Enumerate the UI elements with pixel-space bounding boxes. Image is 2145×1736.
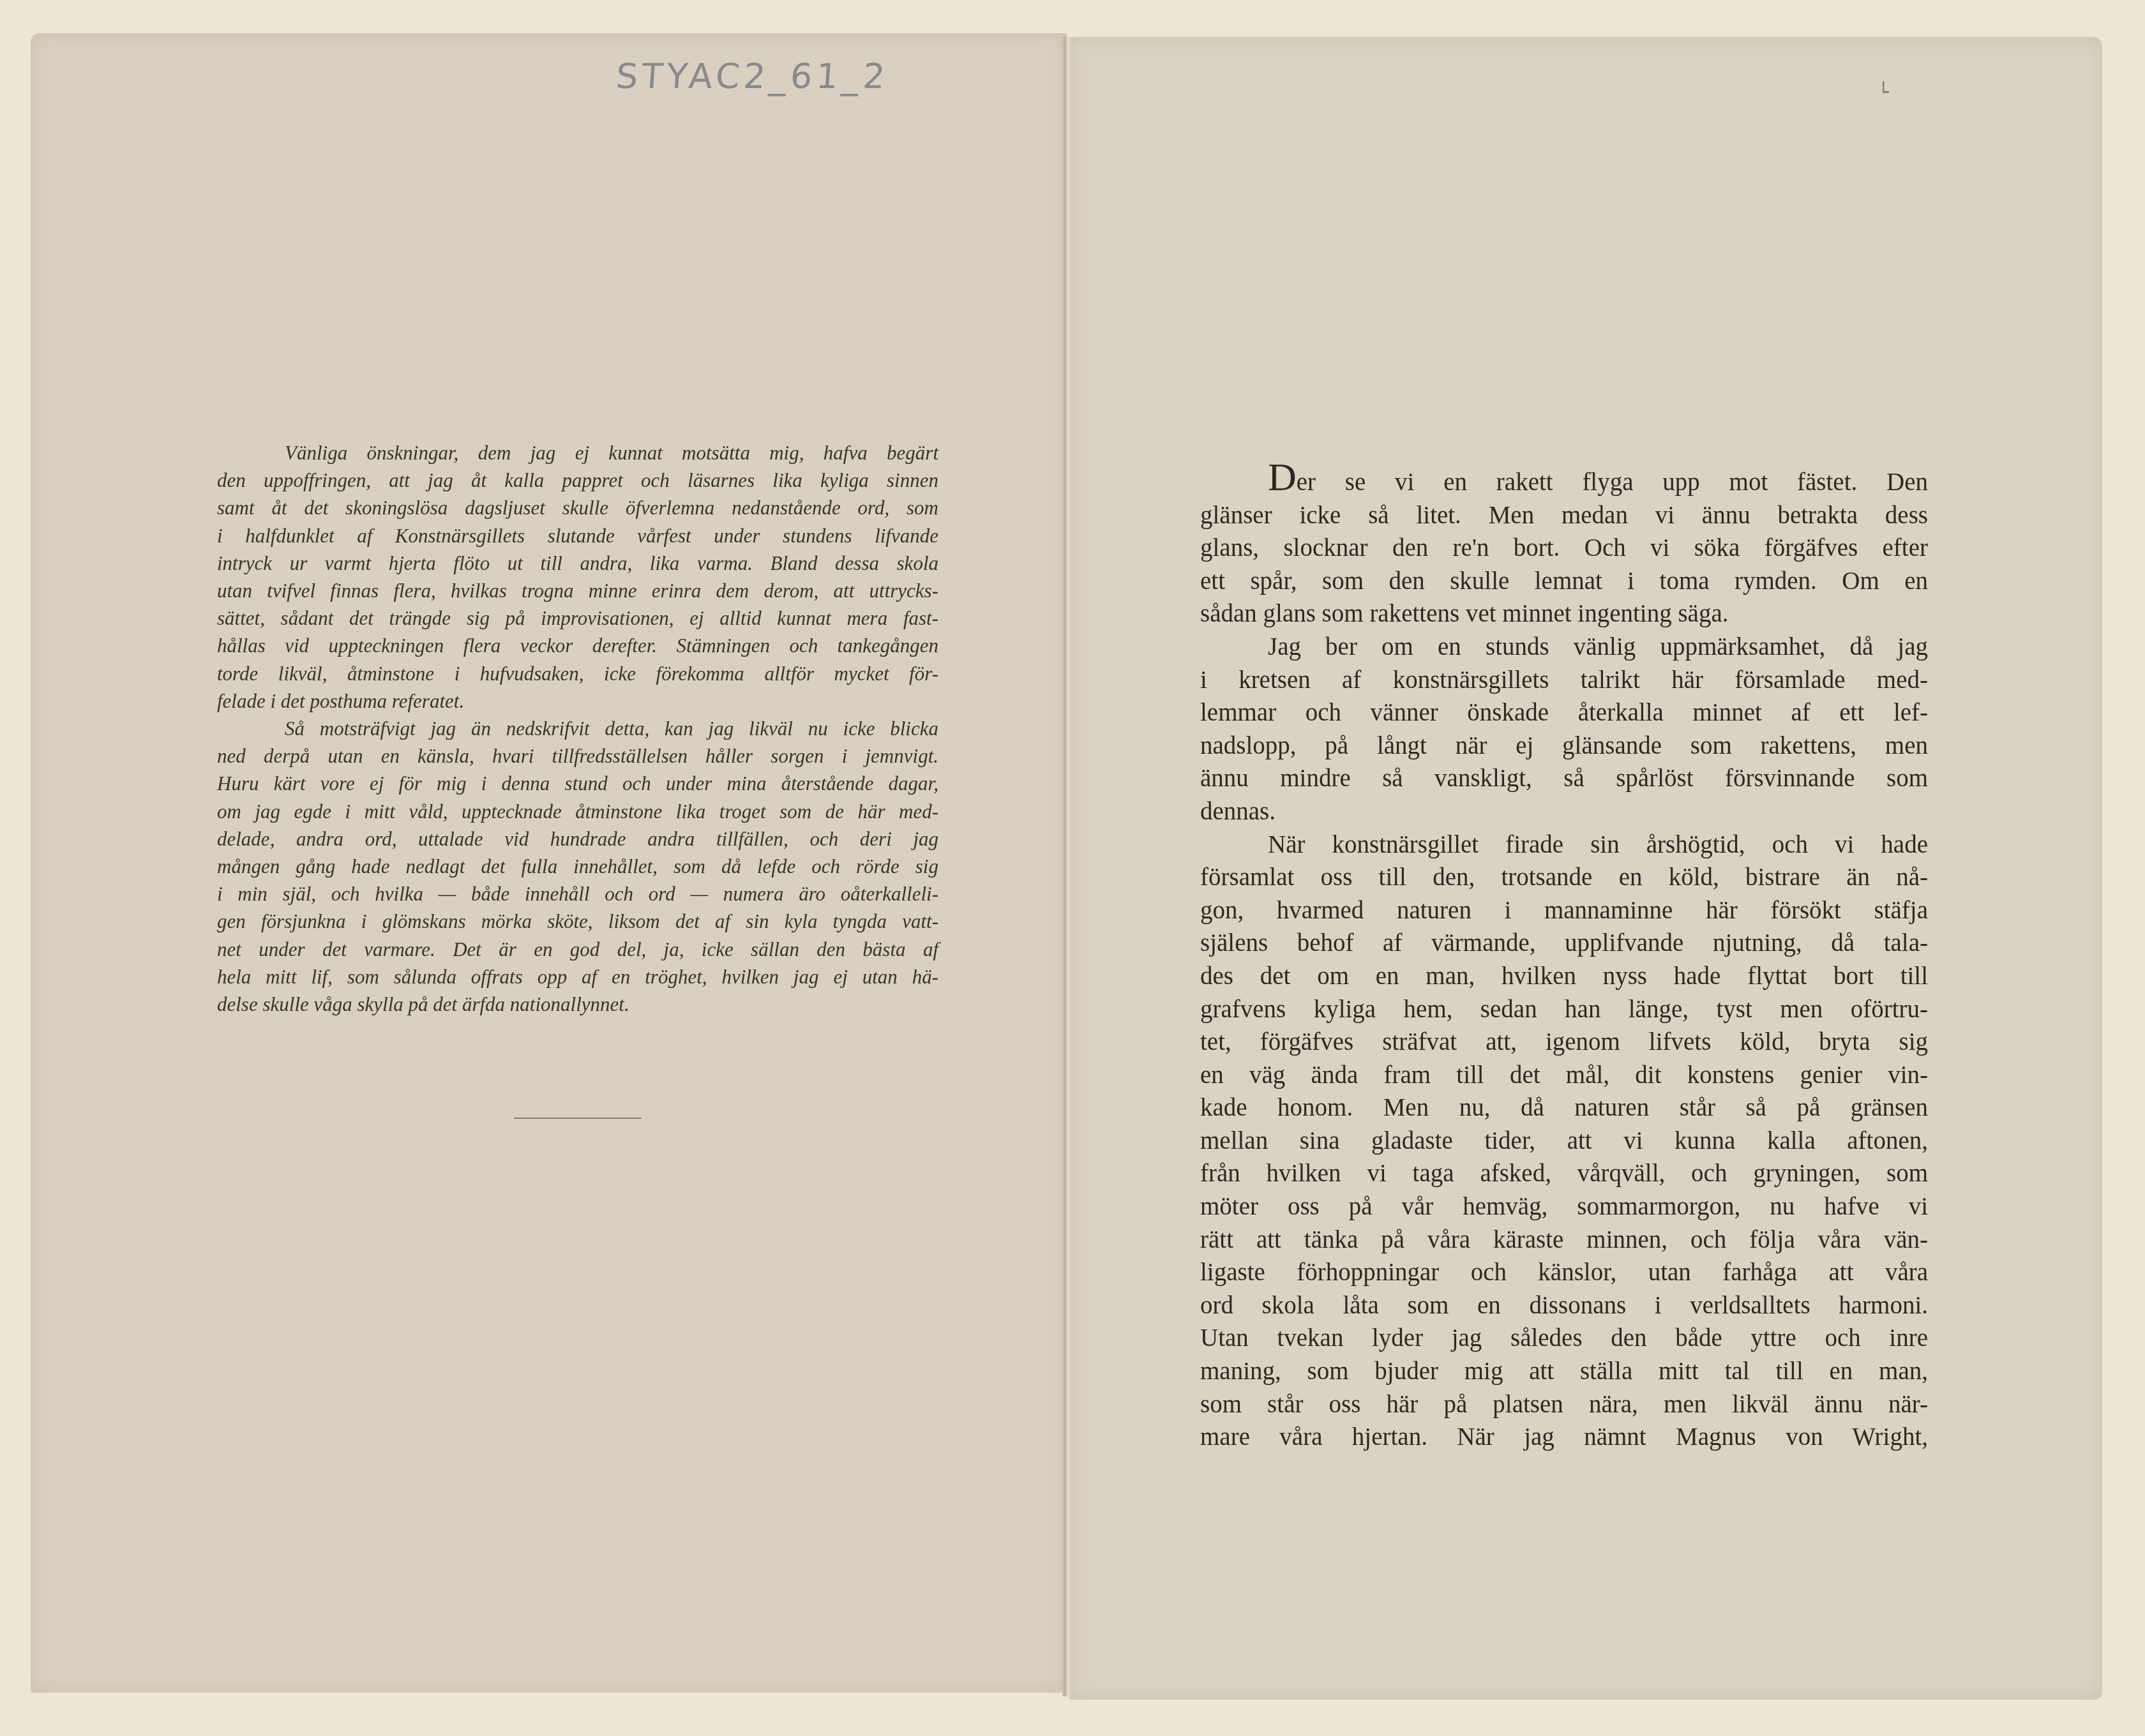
text-line: själens behof af värmande, upplifvande n… xyxy=(1200,927,1928,960)
text-line: felade i det posthuma referatet. xyxy=(217,687,938,715)
text-line: Huru kärt vore ej för mig i denna stund … xyxy=(217,770,938,797)
text-line-content: er se vi en rakett flyga upp mot fästet.… xyxy=(1297,468,1928,496)
text-line: i min själ, och hvilka — både innehåll o… xyxy=(217,880,938,908)
text-line: Så motsträfvigt jag än nedskrifvit detta… xyxy=(217,715,938,742)
text-line: ned derpå utan en känsla, hvari tillfred… xyxy=(217,742,938,770)
text-line: Jag ber om en stunds vänlig uppmärksamhe… xyxy=(1200,631,1928,664)
text-line: samt åt det skoningslösa dagsljuset skul… xyxy=(217,494,938,521)
speech-paragraph-3: När konstnärsgillet firade sin årshögtid… xyxy=(1200,828,1928,1454)
text-line: Utan tvekan lyder jag således den både y… xyxy=(1200,1322,1928,1355)
text-line: gen försjunkna i glömskans mörka sköte, … xyxy=(217,908,938,935)
text-line: När konstnärsgillet firade sin årshögtid… xyxy=(1200,828,1928,862)
text-line: delade, andra ord, uttalade vid hundrade… xyxy=(217,825,938,853)
text-line: delse skulle våga skylla på det ärfda na… xyxy=(217,991,938,1018)
text-line: utan tvifvel finnas flera, hvilkas trogn… xyxy=(217,577,938,604)
speech-paragraph-1: Der se vi en rakett flyga upp mot fästet… xyxy=(1200,465,1928,631)
text-line: nadslopp, på långt när ej glänsande som … xyxy=(1200,730,1928,763)
text-line: gon, hvarmed naturen i mannaminne här fö… xyxy=(1200,894,1928,927)
text-line: sättet, sådant det trängde sig på improv… xyxy=(217,604,938,632)
text-line: rätt att tänka på våra käraste minnen, o… xyxy=(1200,1223,1928,1257)
text-line: grafvens kyliga hem, sedan han länge, ty… xyxy=(1200,993,1928,1026)
text-line: tet, förgäfves sträfvat att, igenom lifv… xyxy=(1200,1026,1928,1059)
text-line: net under det varmare. Det är en god del… xyxy=(217,936,938,963)
text-line: glans, slocknar den re'n bort. Och vi sö… xyxy=(1200,532,1928,565)
text-line: i kretsen af konstnärsgillets talrikt hä… xyxy=(1200,664,1928,697)
speech-text: Der se vi en rakett flyga upp mot fästet… xyxy=(1200,465,1928,1454)
text-line: intryck ur varmt hjerta flöto ut till an… xyxy=(217,550,938,577)
text-line: maning, som bjuder mig att ställa mitt t… xyxy=(1200,1355,1928,1388)
decorative-rule xyxy=(514,1118,642,1119)
text-line: i halfdunklet af Konstnärsgillets slutan… xyxy=(217,522,938,550)
text-line: ligaste förhoppningar och känslor, utan … xyxy=(1200,1256,1928,1289)
text-line: möter oss på vår hemväg, sommarmorgon, n… xyxy=(1200,1190,1928,1223)
drop-cap: D xyxy=(1268,456,1297,499)
text-line: kade honom. Men nu, då naturen står så p… xyxy=(1200,1091,1928,1125)
text-line: lemmar och vänner önskade återkalla minn… xyxy=(1200,696,1928,730)
text-line: glänser icke så litet. Men medan vi ännu… xyxy=(1200,499,1928,532)
preface-paragraph-1: Vänliga önskningar, dem jag ej kunnat mo… xyxy=(217,439,938,715)
text-line: mången gång hade nedlagt det fulla inneh… xyxy=(217,853,938,880)
preface-paragraph-2: Så motsträfvigt jag än nedskrifvit detta… xyxy=(217,715,938,1018)
pencil-catalog-mark: STYAC2_61_2 xyxy=(615,56,891,96)
text-line: en väg ända fram till det mål, dit konst… xyxy=(1200,1059,1928,1092)
text-line: om jag egde i mitt våld, upptecknade åtm… xyxy=(217,798,938,825)
text-line: den uppoffringen, att jag åt kalla pappr… xyxy=(217,467,938,494)
text-line: mellan sina gladaste tider, att vi kunna… xyxy=(1200,1125,1928,1158)
text-line: torde likväl, åtminstone i hufvudsaken, … xyxy=(217,660,938,687)
text-line: dennas. xyxy=(1200,795,1928,828)
text-line: ännu mindre så vanskligt, så spårlöst fö… xyxy=(1200,762,1928,795)
text-line: mare våra hjertan. När jag nämnt Magnus … xyxy=(1200,1421,1928,1454)
text-line: hela mitt lif, som sålunda offrats opp a… xyxy=(217,963,938,991)
text-line: sådan glans som rakettens vet minnet ing… xyxy=(1200,597,1928,631)
text-line: des det om en man, hvilken nyss hade fly… xyxy=(1200,960,1928,993)
text-line: hållas vid uppteckningen flera veckor de… xyxy=(217,632,938,659)
speech-paragraph-2: Jag ber om en stunds vänlig uppmärksamhe… xyxy=(1200,631,1928,828)
pencil-corner-mark: └ xyxy=(1878,82,1889,103)
text-line: ord skola låta som en dissonans i verlds… xyxy=(1200,1289,1928,1322)
text-line: Der se vi en rakett flyga upp mot fästet… xyxy=(1200,465,1928,499)
text-line: Vänliga önskningar, dem jag ej kunnat mo… xyxy=(217,439,938,467)
text-line: från hvilken vi taga afsked, vårqväll, o… xyxy=(1200,1157,1928,1190)
text-line: ett spår, som den skulle lemnat i toma r… xyxy=(1200,565,1928,598)
text-line: som står oss här på platsen nära, men li… xyxy=(1200,1388,1928,1421)
preface-text: Vänliga önskningar, dem jag ej kunnat mo… xyxy=(217,439,938,1018)
text-line: församlat oss till den, trotsande en köl… xyxy=(1200,861,1928,894)
book-spine xyxy=(1062,37,1071,1696)
